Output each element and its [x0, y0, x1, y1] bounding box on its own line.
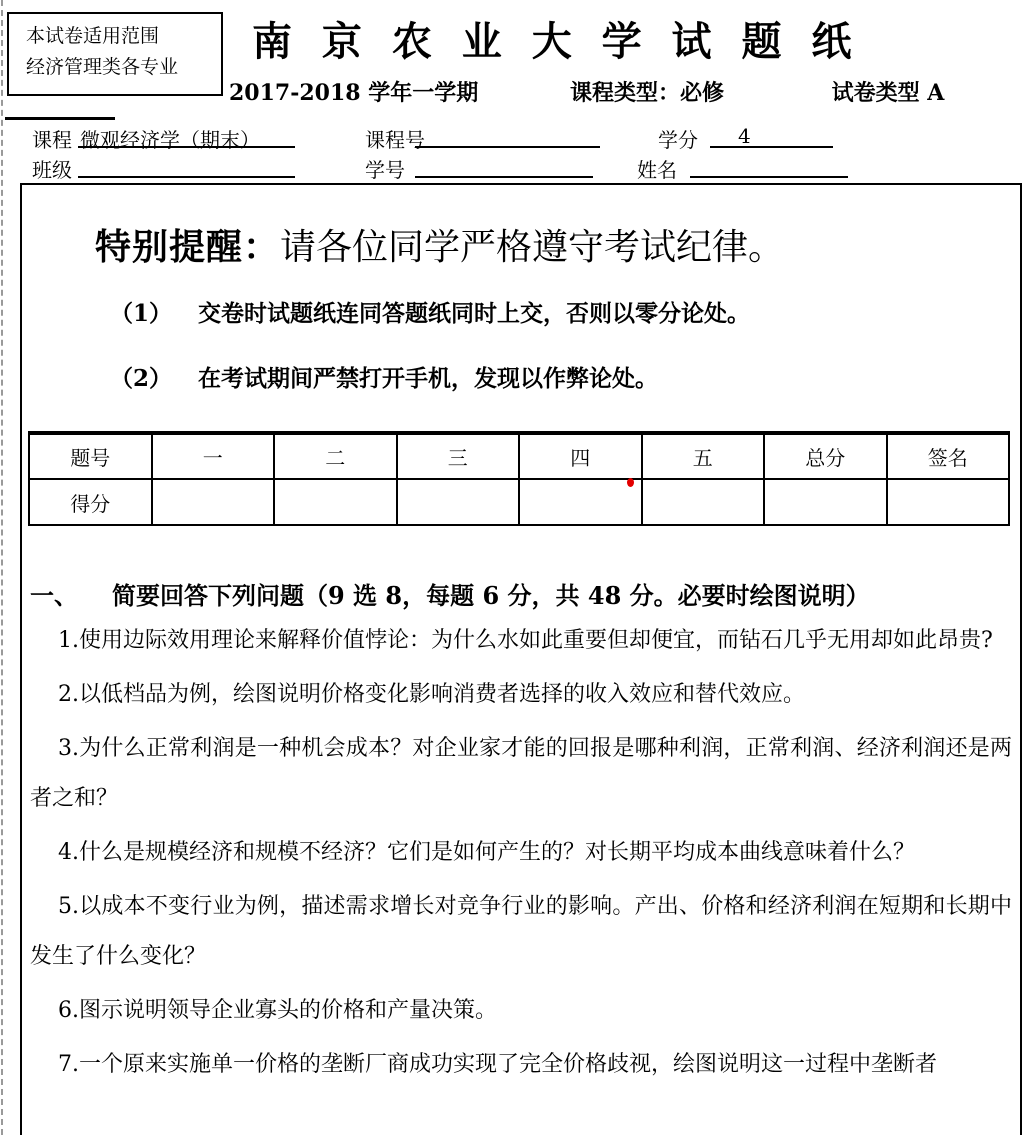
name-field — [690, 154, 848, 178]
header-cell-part-3: 三 — [397, 433, 520, 479]
question-1: 1.使用边际效用理论来解释价值悖论：为什么水如此重要但却便宜，而钻石几乎无用却如… — [30, 616, 1012, 666]
score-cell — [764, 479, 887, 525]
score-cell — [642, 479, 765, 525]
notice-item-2: （2）在考试期间严禁打开手机，发现以作弊论处。 — [110, 360, 658, 393]
class-field — [78, 154, 295, 178]
notice-item-1: （1）交卷时试题纸连同答题纸同时上交，否则以零分论处。 — [110, 295, 750, 328]
scope-box-line2: 经济管理类各专业 — [26, 52, 221, 83]
notice-heading-strong: 特别提醒： — [95, 226, 280, 268]
header-cell-signature: 签名 — [887, 433, 1010, 479]
score-row-label: 得分 — [29, 479, 152, 525]
credit-label: 学分 — [658, 124, 698, 153]
credit-field: 4 — [710, 124, 833, 148]
score-cell — [152, 479, 275, 525]
score-cell — [397, 479, 520, 525]
header-cell-total: 总分 — [764, 433, 887, 479]
question-3: 3.为什么正常利润是一种机会成本？对企业家才能的回报是哪种利润，正常利润、经济利… — [30, 724, 1012, 824]
score-table: 题号 一 二 三 四 五 总分 签名 得分 — [28, 431, 1010, 526]
page-title: 南 京 农 业 大 学 试 题 纸 — [252, 10, 859, 67]
question-6: 6.图示说明领导企业寡头的价格和产量决策。 — [30, 986, 1012, 1036]
subtitle-paper-type: 试卷类型 A — [832, 80, 945, 106]
course-field: 微观经济学（期末） — [78, 124, 295, 148]
notice-item-2-text: 在考试期间严禁打开手机，发现以作弊论处。 — [198, 365, 658, 392]
section-title: 简要回答下列问题（9 选 8，每题 6 分，共 48 分。必要时绘图说明） — [112, 581, 870, 610]
header-cell-part-1: 一 — [152, 433, 275, 479]
name-label: 姓名 — [637, 154, 677, 183]
header-cell-part-5: 五 — [642, 433, 765, 479]
student-no-label: 学号 — [365, 154, 405, 183]
course-no-field — [415, 124, 600, 148]
subtitle-course-type: 课程类型：必修 — [570, 80, 724, 106]
header-cell-part-4: 四 — [519, 433, 642, 479]
course-label: 课程 — [32, 124, 72, 153]
question-4: 4.什么是规模经济和规模不经济？它们是如何产生的？对长期平均成本曲线意味着什么？ — [30, 828, 1012, 878]
class-label: 班级 — [32, 154, 72, 183]
score-table-score-row: 得分 — [29, 479, 1009, 525]
score-table-header-row: 题号 一 二 三 四 五 总分 签名 — [29, 433, 1009, 479]
score-cell — [887, 479, 1010, 525]
question-5: 5.以成本不变行业为例，描述需求增长对竞争行业的影响。产出、价格和经济利润在短期… — [30, 882, 1012, 982]
notice-heading-rest: 请各位同学严格遵守考试纪律。 — [280, 227, 784, 268]
scope-box-bottom-rule — [5, 117, 115, 120]
header-cell-question-no: 题号 — [29, 433, 152, 479]
scope-box-line1: 本试卷适用范围 — [26, 21, 221, 52]
main-frame: 特别提醒：请各位同学严格遵守考试纪律。 （1）交卷时试题纸连同答题纸同时上交，否… — [20, 183, 1022, 1135]
questions-block: 1.使用边际效用理论来解释价值悖论：为什么水如此重要但却便宜，而钻石几乎无用却如… — [30, 616, 1012, 1094]
section-heading: 一、简要回答下列问题（9 选 8，每题 6 分，共 48 分。必要时绘图说明） — [30, 576, 870, 611]
header-cell-part-2: 二 — [274, 433, 397, 479]
red-dot-mark — [627, 478, 634, 487]
notice-item-1-text: 交卷时试题纸连同答题纸同时上交，否则以零分论处。 — [198, 300, 750, 327]
notice-heading: 特别提醒：请各位同学严格遵守考试纪律。 — [95, 219, 784, 270]
score-cell — [274, 479, 397, 525]
student-no-field — [415, 154, 593, 178]
question-2: 2.以低档品为例，绘图说明价格变化影响消费者选择的收入效应和替代效应。 — [30, 670, 1012, 720]
score-cell — [519, 479, 642, 525]
notice-item-2-number: （2） — [110, 365, 172, 392]
question-7: 7.一个原来实施单一价格的垄断厂商成功实现了完全价格歧视，绘图说明这一过程中垄断… — [30, 1040, 1012, 1090]
scope-box: 本试卷适用范围 经济管理类各专业 — [7, 12, 223, 96]
binding-edge-line — [1, 0, 3, 1135]
subtitle-row: 2017-2018 学年一学期 课程类型：必修 试卷类型 A — [229, 76, 944, 107]
notice-item-1-number: （1） — [110, 300, 172, 327]
section-numeral: 一、 — [30, 581, 78, 610]
subtitle-term: 2017-2018 学年一学期 — [229, 80, 478, 106]
